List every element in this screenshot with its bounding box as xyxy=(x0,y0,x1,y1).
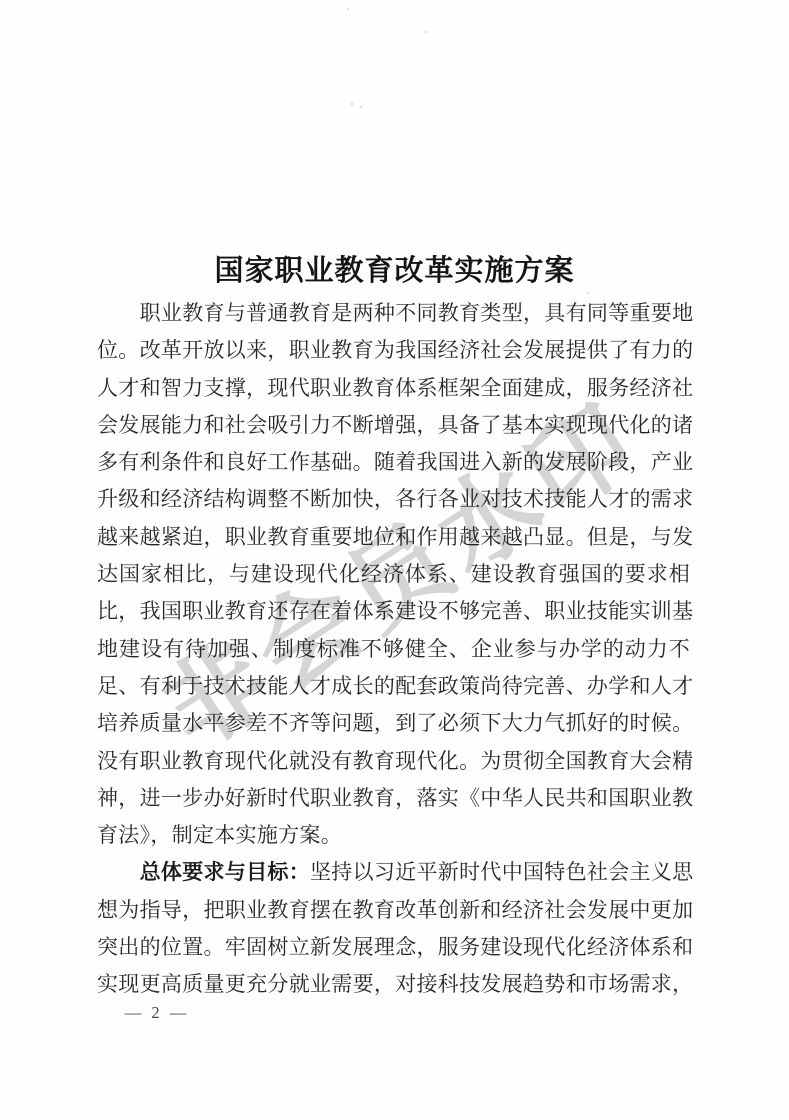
text-line: 会发展能力和社会吸引力不断增强，具备了基本实现现代化的诸 xyxy=(97,407,690,444)
text-line: 比，我国职业教育还存在着体系建设不够完善、职业技能实训基 xyxy=(97,593,690,630)
text-line: 突出的位置。牢固树立新发展理念，服务建设现代化经济体系和 xyxy=(97,929,690,966)
page-title: 国家职业教育改革实施方案 xyxy=(0,251,789,291)
text-line: 育法》，制定本实施方案。 xyxy=(97,817,690,854)
text-line: 足、有利于技术技能人才成长的配套政策尚待完善、办学和人才 xyxy=(97,668,690,705)
document-page: 非会员水印 国家职业教育改革实施方案 职业教育与普通教育是两种不同教育类型，具有… xyxy=(0,0,789,1120)
text-line: 达国家相比，与建设现代化经济体系、建设教育强国的要求相 xyxy=(97,556,690,593)
page-number: — 2 — xyxy=(112,1003,202,1023)
text-line: 地建设有待加强、制度标准不够健全、企业参与办学的动力不 xyxy=(97,631,690,668)
bold-run-in-heading: 总体要求与目标： xyxy=(97,860,310,884)
text-line: 培养质量水平参差不齐等问题，到了必须下大力气抓好的时候。 xyxy=(97,705,690,742)
body-text: 职业教育与普通教育是两种不同教育类型，具有同等重要地位。改革开放以来，职业教育为… xyxy=(97,295,690,1004)
text-line: 升级和经济结构调整不断加快，各行各业对技术技能人才的需求 xyxy=(97,481,690,518)
text-line: 职业教育与普通教育是两种不同教育类型，具有同等重要地 xyxy=(97,295,690,332)
scan-noise-specks xyxy=(0,0,2,2)
text-line: 越来越紧迫，职业教育重要地位和作用越来越凸显。但是，与发 xyxy=(97,519,690,556)
text-line: 位。改革开放以来，职业教育为我国经济社会发展提供了有力的 xyxy=(97,332,690,369)
text-line: 神，进一步办好新时代职业教育，落实《中华人民共和国职业教 xyxy=(97,780,690,817)
text-line: 想为指导，把职业教育摆在教育改革创新和经济社会发展中更加 xyxy=(97,892,690,929)
text-line: 总体要求与目标：坚持以习近平新时代中国特色社会主义思 xyxy=(97,854,690,891)
text-line: 没有职业教育现代化就没有教育现代化。为贯彻全国教育大会精 xyxy=(97,743,690,780)
text-line: 人才和智力支撑，现代职业教育体系框架全面建成，服务经济社 xyxy=(97,370,690,407)
text-line: 多有利条件和良好工作基础。随着我国进入新的发展阶段，产业 xyxy=(97,444,690,481)
text-line: 实现更高质量更充分就业需要，对接科技发展趋势和市场需求， xyxy=(97,966,690,1003)
